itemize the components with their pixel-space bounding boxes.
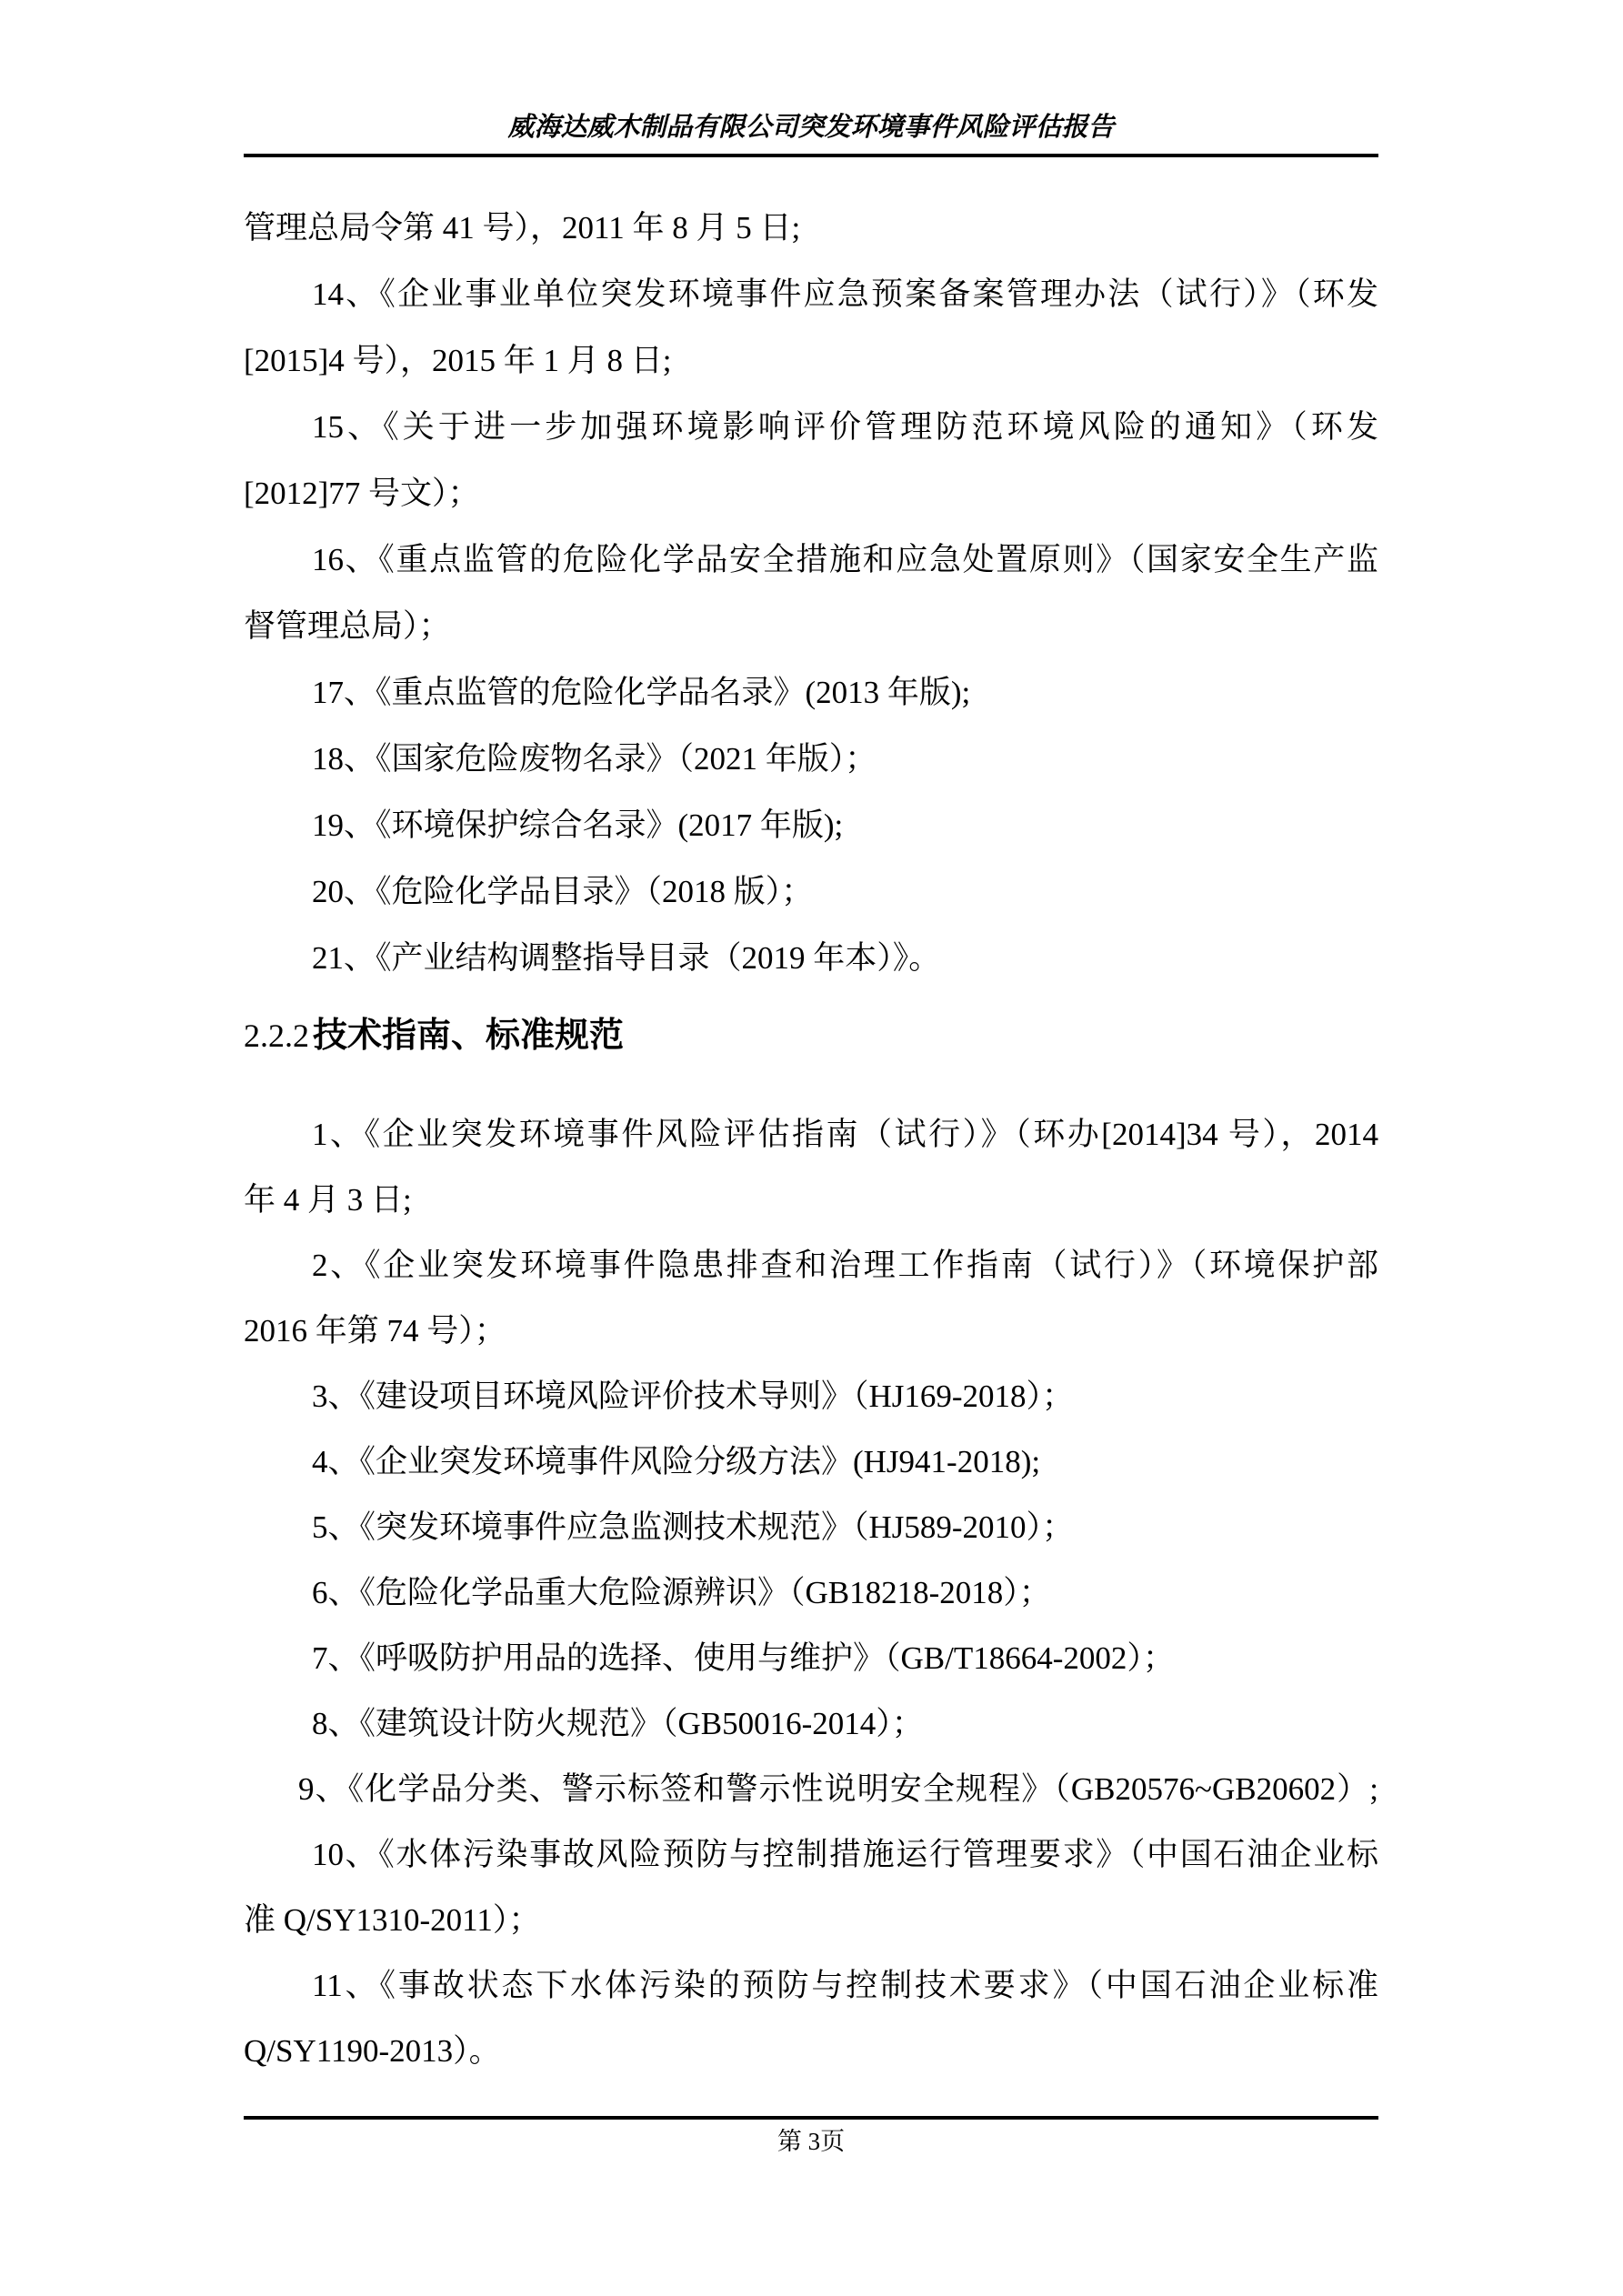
text-line: 8、《建筑设计防火规范》（GB50016-2014）； <box>244 1691 1378 1757</box>
text-line: 17、《重点监管的危险化学品名录》(2013 年版); <box>244 659 1378 726</box>
text-line: 督管理总局）； <box>244 593 1378 659</box>
section-title: 技术指南、标准规范 <box>313 1017 624 1055</box>
text-line: 4、《企业突发环境事件风险分级方法》(HJ941-2018); <box>244 1429 1378 1495</box>
text-line: 2、《企业突发环境事件隐患排查和治理工作指南（试行）》（环境保护部 <box>244 1233 1378 1298</box>
text-line: 15、《关于进一步加强环境影响评价管理防范环境风险的通知》（环发 <box>244 394 1378 460</box>
reference-list-standards: 1、《企业突发环境事件风险评估指南（试行）》（环办[2014]34 号），201… <box>244 1102 1378 2084</box>
text-line: Q/SY1190-2013）。 <box>244 2019 1378 2084</box>
text-line: 1、《企业突发环境事件风险评估指南（试行）》（环办[2014]34 号），201… <box>244 1102 1378 1168</box>
text-line: 16、《重点监管的危险化学品安全措施和应急处置原则》（国家安全生产监 <box>244 526 1378 593</box>
text-line: 7、《呼吸防护用品的选择、使用与维护》（GB/T18664-2002）； <box>244 1626 1378 1691</box>
text-line: 10、《水体污染事故风险预防与控制措施运行管理要求》（中国石油企业标 <box>244 1822 1378 1888</box>
text-line: 6、《危险化学品重大危险源辨识》（GB18218-2018）； <box>244 1560 1378 1626</box>
reference-list-laws: 管理总局令第 41 号），2011 年 8 月 5 日;14、《企业事业单位突发… <box>244 195 1378 991</box>
header-title: 威海达威木制品有限公司突发环境事件风险评估报告 <box>507 112 1114 143</box>
text-line: 管理总局令第 41 号），2011 年 8 月 5 日; <box>244 195 1378 261</box>
text-line: 19、《环境保护综合名录》(2017 年版); <box>244 792 1378 858</box>
text-line: 9、《化学品分类、警示标签和警示性说明安全规程》（GB20576~GB20602… <box>244 1757 1378 1822</box>
page-number: 第 3页 <box>244 2120 1378 2163</box>
section-number: 2.2.2 <box>244 1018 309 1054</box>
text-line: 20、《危险化学品目录》（2018 版）； <box>244 858 1378 925</box>
text-line: 3、《建设项目环境风险评价技术导则》（HJ169-2018）； <box>244 1364 1378 1429</box>
text-line: [2012]77 号文）； <box>244 460 1378 526</box>
text-line: 准 Q/SY1310-2011）； <box>244 1888 1378 1953</box>
page-footer: 第 3页 <box>244 2116 1378 2163</box>
text-line: 2016 年第 74 号）； <box>244 1298 1378 1364</box>
text-line: 18、《国家危险废物名录》（2021 年版）； <box>244 726 1378 792</box>
text-line: 14、《企业事业单位突发环境事件应急预案备案管理办法（试行）》（环发 <box>244 261 1378 327</box>
text-line: 5、《突发环境事件应急监测技术规范》（HJ589-2010）； <box>244 1495 1378 1560</box>
text-line: 年 4 月 3 日; <box>244 1168 1378 1233</box>
text-line: [2015]4 号），2015 年 1 月 8 日; <box>244 327 1378 394</box>
section-heading: 2.2.2 技术指南、标准规范 <box>244 1003 1378 1069</box>
page-body: 管理总局令第 41 号），2011 年 8 月 5 日;14、《企业事业单位突发… <box>244 157 1378 2084</box>
document-page: 威海达威木制品有限公司突发环境事件风险评估报告 管理总局令第 41 号），201… <box>0 0 1623 2296</box>
text-line: 11、《事故状态下水体污染的预防与控制技术要求》（中国石油企业标准 <box>244 1953 1378 2019</box>
text-line: 21、《产业结构调整指导目录（2019 年本）》。 <box>244 925 1378 991</box>
page-header: 威海达威木制品有限公司突发环境事件风险评估报告 <box>244 0 1378 157</box>
